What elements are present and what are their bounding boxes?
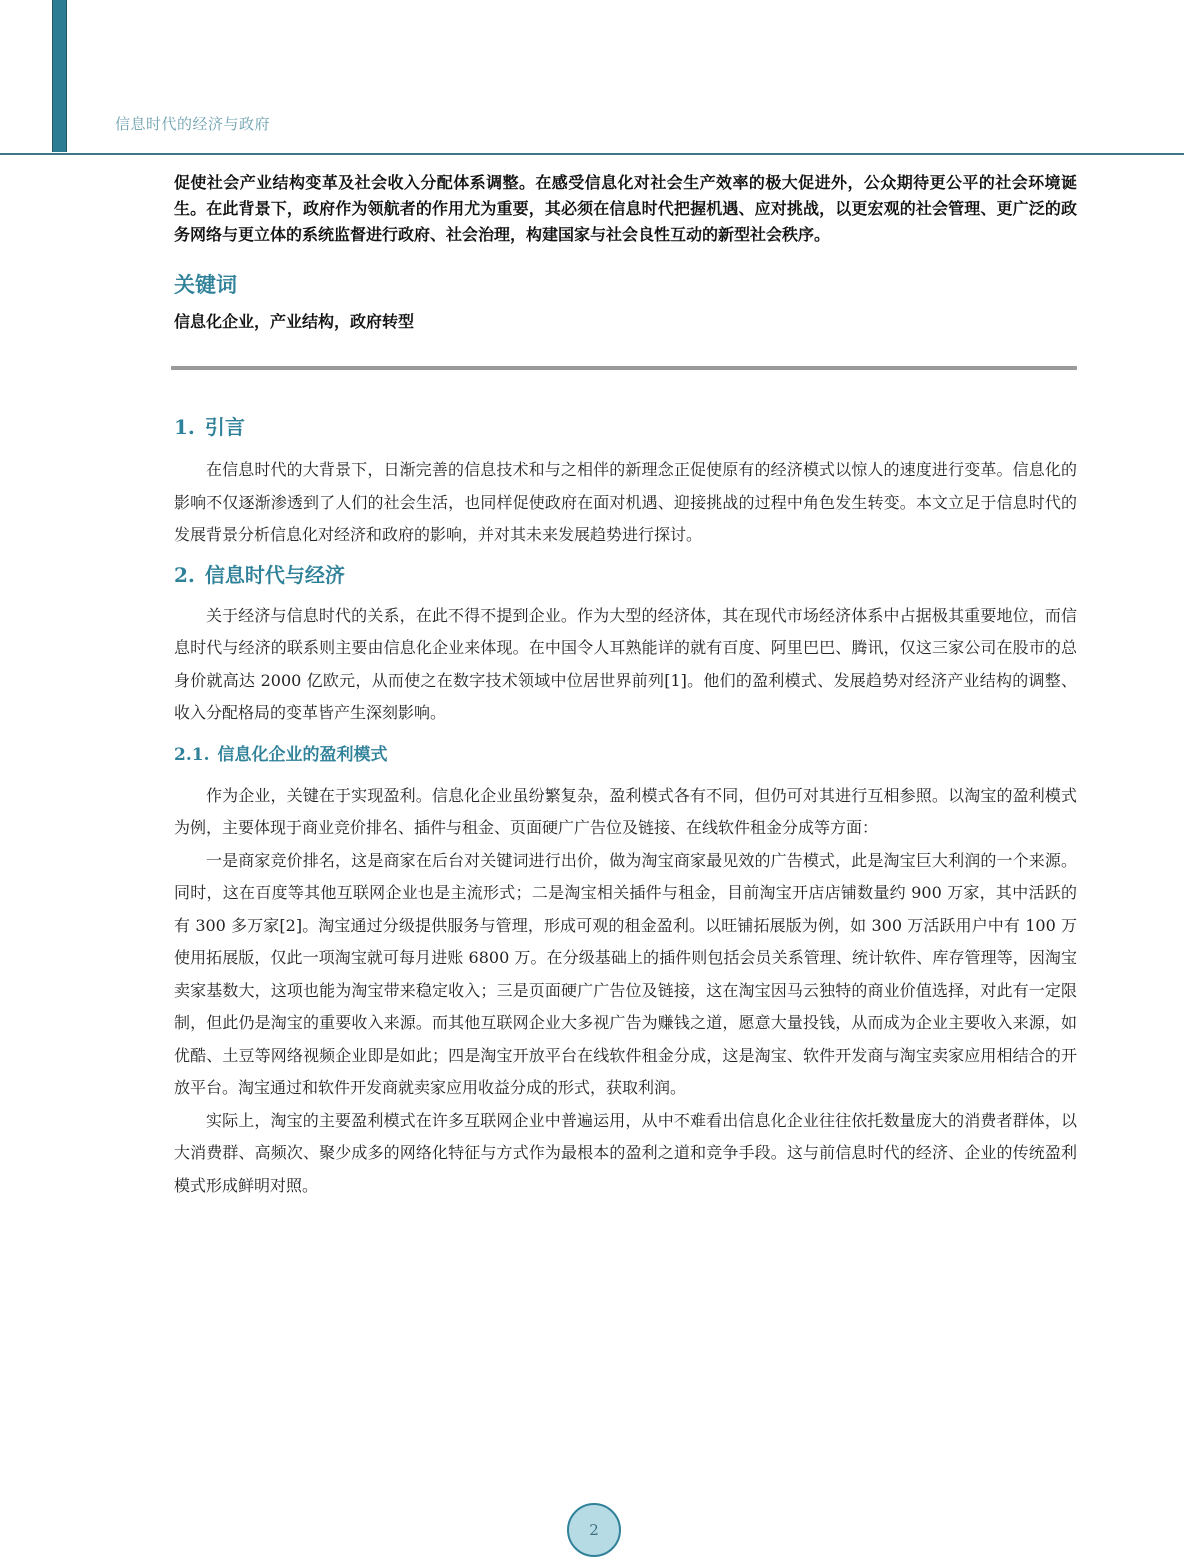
page-number: 2	[589, 1521, 599, 1539]
keywords-text: 信息化企业，产业结构，政府转型	[174, 310, 1077, 334]
subsection-number: 2.1.	[174, 745, 210, 765]
section-heading-economy: 2.信息时代与经济	[174, 560, 1077, 590]
section-heading-introduction: 1.引言	[174, 412, 1077, 442]
page-content: 促使社会产业结构变革及社会收入分配体系调整。在感受信息化对社会生产效率的极大促进…	[174, 170, 1077, 1202]
header-rule	[0, 153, 1184, 155]
keywords-heading: 关键词	[174, 270, 1077, 300]
header-accent-bar	[52, 0, 67, 152]
section-number: 1.	[174, 415, 195, 439]
page-number-badge: 2	[567, 1503, 621, 1557]
subsection-title: 信息化企业的盈利模式	[218, 745, 388, 765]
paragraph: 一是商家竞价排名，这是商家在后台对关键词进行出价，做为淘宝商家最见效的广告模式，…	[174, 845, 1077, 1105]
section-divider	[171, 366, 1077, 370]
paragraph: 在信息时代的大背景下，日渐完善的信息技术和与之相伴的新理念正促使原有的经济模式以…	[174, 454, 1077, 552]
paragraph: 关于经济与信息时代的关系，在此不得不提到企业。作为大型的经济体，其在现代市场经济…	[174, 600, 1077, 730]
paragraph: 作为企业，关键在于实现盈利。信息化企业虽纷繁复杂，盈利模式各有不同，但仍可对其进…	[174, 780, 1077, 845]
running-title: 信息时代的经济与政府	[115, 113, 270, 134]
abstract-text: 促使社会产业结构变革及社会收入分配体系调整。在感受信息化对社会生产效率的极大促进…	[174, 170, 1077, 248]
subsection-heading-profit-model: 2.1.信息化企业的盈利模式	[174, 742, 1077, 768]
section-number: 2.	[174, 563, 195, 587]
section-title: 引言	[205, 415, 245, 439]
section-title: 信息时代与经济	[205, 563, 345, 587]
paragraph: 实际上，淘宝的主要盈利模式在许多互联网企业中普遍运用，从中不难看出信息化企业往往…	[174, 1105, 1077, 1203]
